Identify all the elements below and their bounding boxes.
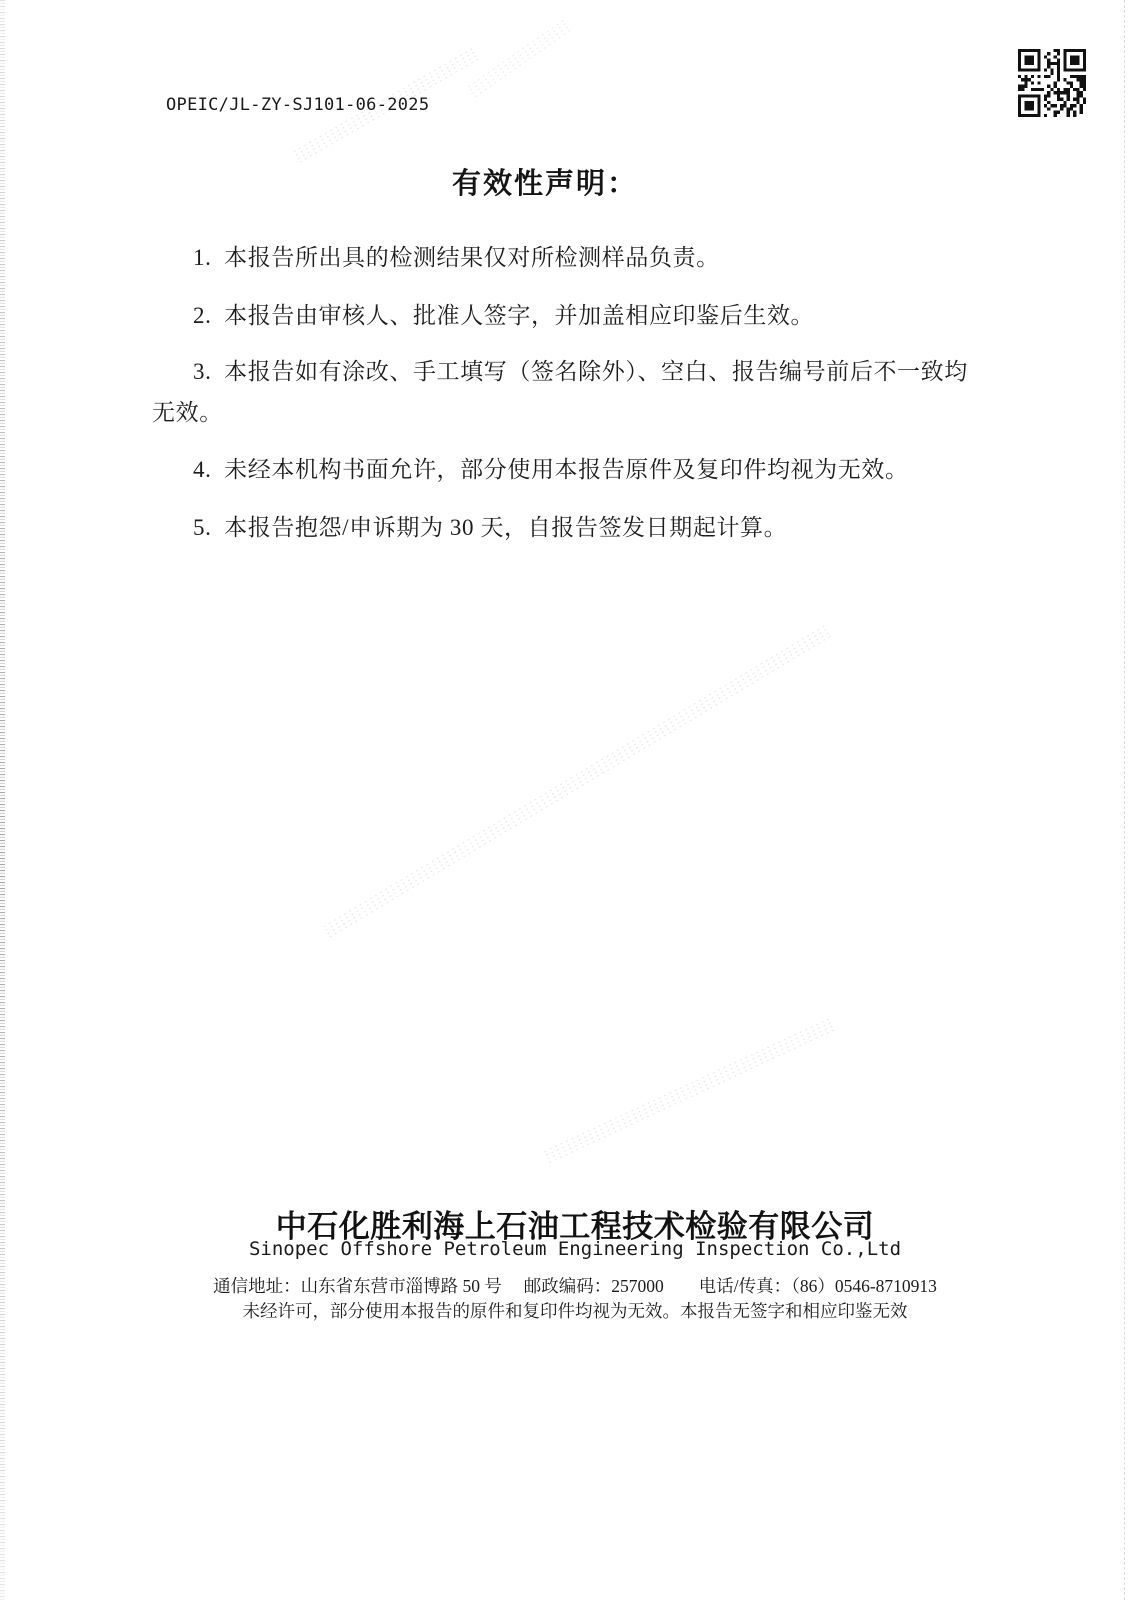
contact-notice-line: 未经许可，部分使用本报告的原件和复印件均视为无效。本报告无签字和相应印鉴无效 [20, 1298, 1130, 1323]
qr-code [1018, 49, 1086, 117]
watermark-fragment [465, 18, 572, 100]
watermark-fragment [542, 1016, 839, 1166]
statement-line-3-continuation: 无效。 [152, 394, 223, 427]
statement-line-3: 3. 本报告如有涂改、手工填写（签名除外）、空白、报告编号前后不一致均 [193, 353, 968, 386]
statement-line-1: 1. 本报告所出具的检测结果仅对所检测样品负责。 [193, 239, 720, 272]
report-page: OPEIC/JL-ZY-SJ101-06-2025 有效性声明： 1. 本报告所… [0, 0, 1131, 1600]
contact-address-line: 通信地址：山东省东营市淄博路 50 号 邮政编码：257000 电话/传真：（8… [20, 1273, 1130, 1298]
watermark-fragment [321, 622, 835, 940]
scan-edge-right [1124, 0, 1125, 1600]
statement-line-4: 4. 未经本机构书面允许，部分使用本报告原件及复印件均视为无效。 [193, 451, 909, 484]
scan-edge-left [0, 0, 5, 1600]
document-code: OPEIC/JL-ZY-SJ101-06-2025 [166, 95, 429, 115]
company-name-en: Sinopec Offshore Petroleum Engineering I… [20, 1238, 1130, 1260]
statement-line-5: 5. 本报告抱怨/申诉期为 30 天，自报告签发日期起计算。 [193, 509, 787, 542]
page-title: 有效性声明： [150, 161, 940, 202]
statement-line-2: 2. 本报告由审核人、批准人签字，并加盖相应印鉴后生效。 [193, 297, 814, 330]
